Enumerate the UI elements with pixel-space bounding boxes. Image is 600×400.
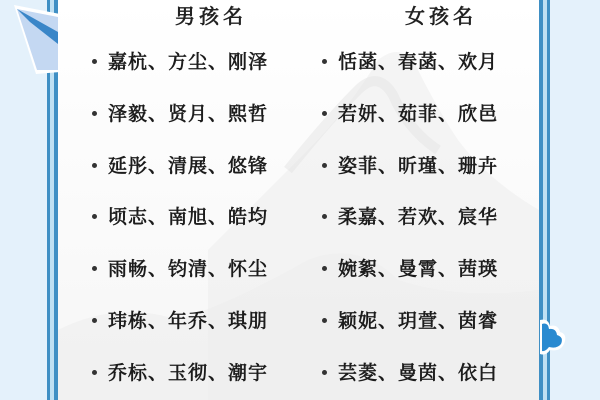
boys-title: 男孩名 xyxy=(92,1,312,31)
bullet-icon xyxy=(92,111,97,116)
bullet-icon xyxy=(322,59,327,64)
boys-row-5: 雨畅、钧清、怀尘 xyxy=(92,255,268,283)
bullet-icon xyxy=(92,370,97,375)
boys-column: 男孩名 嘉杭、方尘、刚泽 泽毅、贤月、熙哲 延彤、清展、悠锋 顷志、南旭、皓均 … xyxy=(92,0,312,31)
boys-row-4: 顷志、南旭、皓均 xyxy=(92,203,268,231)
cloud-icon xyxy=(538,316,570,358)
girls-row-4: 柔嘉、若欢、宸华 xyxy=(322,203,498,231)
bullet-icon xyxy=(322,111,327,116)
girls-row-7: 芸菱、曼茵、依白 xyxy=(322,359,498,387)
bullet-icon xyxy=(92,214,97,219)
bullet-icon xyxy=(322,370,327,375)
bullet-icon xyxy=(92,266,97,271)
boys-row-1: 嘉杭、方尘、刚泽 xyxy=(92,48,268,76)
girls-row-2: 若妍、茹菲、欣邑 xyxy=(322,100,498,128)
paper-plane-icon xyxy=(0,0,60,80)
name-list-panel: 男孩名 嘉杭、方尘、刚泽 泽毅、贤月、熙哲 延彤、清展、悠锋 顷志、南旭、皓均 … xyxy=(58,0,539,400)
bullet-icon xyxy=(322,214,327,219)
bullet-icon xyxy=(322,163,327,168)
girls-title: 女孩名 xyxy=(322,1,539,31)
boys-row-3: 延彤、清展、悠锋 xyxy=(92,152,268,180)
bullet-icon xyxy=(322,266,327,271)
girls-row-1: 恬菡、春菡、欢月 xyxy=(322,48,498,76)
bullet-icon xyxy=(92,59,97,64)
boys-row-7: 乔标、玉彻、潮宇 xyxy=(92,359,268,387)
bullet-icon xyxy=(92,318,97,323)
boys-row-6: 玮栋、年乔、琪朋 xyxy=(92,307,268,335)
bullet-icon xyxy=(92,163,97,168)
girls-row-6: 颖妮、玥萱、茵睿 xyxy=(322,307,498,335)
girls-column: 女孩名 恬菡、春菡、欢月 若妍、茹菲、欣邑 姿菲、昕瑾、珊卉 柔嘉、若欢、宸华 … xyxy=(322,0,539,31)
boys-row-2: 泽毅、贤月、熙哲 xyxy=(92,100,268,128)
girls-row-5: 婉絮、曼霄、茜瑛 xyxy=(322,255,498,283)
bullet-icon xyxy=(322,318,327,323)
girls-row-3: 姿菲、昕瑾、珊卉 xyxy=(322,152,498,180)
